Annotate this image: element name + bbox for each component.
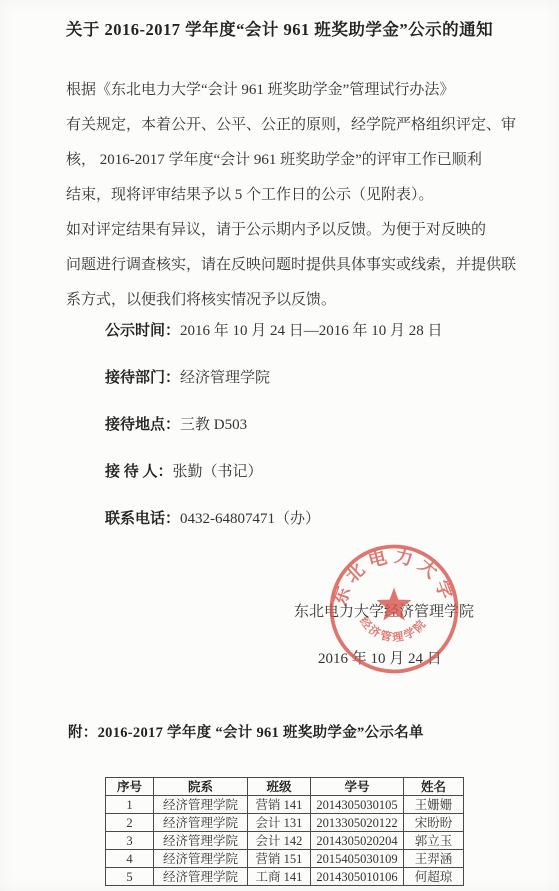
signature-date: 2016 年 10 月 24 日 [318,647,442,668]
cell-department: 经济管理学院 [154,850,248,868]
info-value: 张勤（书记） [173,464,263,480]
table-row: 4 经济管理学院 营销 151 2015405030109 王羿涵 [106,850,464,868]
paragraph-line: 根据《东北电力大学“会计 961 班奖助学金”管理试行办法》 [66,73,496,108]
cell-class: 会计 142 [248,832,311,850]
table-header-cell: 序号 [106,778,154,796]
info-label: 公示时间： [105,323,180,339]
info-line: 接待部门：经济管理学院 [105,355,443,402]
seal-ring-text: 东北电力大学 [328,545,459,608]
cell-seq: 2 [106,814,154,832]
cell-seq: 1 [106,796,154,814]
cell-class: 营销 141 [248,796,311,814]
cell-name: 王羿涵 [404,850,464,868]
table-header-cell: 学号 [311,778,404,796]
paragraph-line: 如对评定结果有异议，请于公示期内予以反馈。为便于对反映的 [66,213,496,248]
attachment-title: 附：2016-2017 学年度 “会计 961 班奖助学金”公示名单 [68,721,424,742]
info-label: 接待部门： [105,370,180,386]
info-line: 接 待 人：张勤（书记） [105,449,443,496]
info-line: 公示时间：2016 年 10 月 24 日—2016 年 10 月 28 日 [105,308,443,355]
cell-name: 王姗姗 [404,796,464,814]
cell-department: 经济管理学院 [154,796,248,814]
paragraph-line: 问题进行调查核实，请在反映问题时提供具体事实或线索，并提供联 [66,248,496,283]
table-body: 1 经济管理学院 营销 141 2014305030105 王姗姗 2 经济管理… [106,796,464,886]
info-line: 联系电话：0432-64807471（办） [105,496,443,543]
roster-table: 序号院系班级学号姓名 1 经济管理学院 营销 141 2014305030105… [105,777,464,886]
cell-name: 何超琼 [404,868,464,886]
cell-department: 经济管理学院 [154,832,248,850]
table-row: 3 经济管理学院 会计 142 2014305020204 郭立玉 [106,832,464,850]
body-text: 根据《东北电力大学“会计 961 班奖助学金”管理试行办法》有关规定，本着公开、… [66,73,496,318]
cell-seq: 3 [106,832,154,850]
info-value: 0432-64807471（办） [180,511,320,527]
info-value: 三教 D503 [180,417,247,433]
cell-department: 经济管理学院 [154,814,248,832]
table-header-cell: 院系 [154,778,248,796]
paragraph-line: 结束，现将评审结果予以 5 个工作日的公示（见附表）。 [66,178,496,213]
page-title: 关于 2016-2017 学年度“会计 961 班奖助学金”公示的通知 [0,16,559,40]
cell-class: 工商 141 [248,868,311,886]
table-header-row: 序号院系班级学号姓名 [106,778,464,796]
cell-class: 营销 151 [248,850,311,868]
contact-info-list: 公示时间：2016 年 10 月 24 日—2016 年 10 月 28 日 接… [105,308,443,543]
table-row: 5 经济管理学院 工商 141 2014305010106 何超琼 [106,868,464,886]
cell-department: 经济管理学院 [154,868,248,886]
cell-student-id: 2014305010106 [311,868,404,886]
paragraph-line: 有关规定，本着公开、公平、公正的原则，经学院严格组织评定、审 [66,108,496,143]
cell-name: 宋盼盼 [404,814,464,832]
paragraph-2: 如对评定结果有异议，请于公示期内予以反馈。为便于对反映的问题进行调查核实，请在反… [66,213,496,318]
table-header-cell: 姓名 [404,778,464,796]
info-line: 接待地点：三教 D503 [105,402,443,449]
info-label: 接 待 人： [105,464,173,480]
document-page: 关于 2016-2017 学年度“会计 961 班奖助学金”公示的通知 根据《东… [0,0,559,891]
info-label: 接待地点： [105,417,180,433]
cell-seq: 5 [106,868,154,886]
cell-student-id: 2015405030109 [311,850,404,868]
info-value: 经济管理学院 [180,370,270,386]
info-label: 联系电话： [105,511,180,527]
info-value: 2016 年 10 月 24 日—2016 年 10 月 28 日 [180,323,443,339]
cell-name: 郭立玉 [404,832,464,850]
cell-class: 会计 131 [248,814,311,832]
paragraph-line: 核， 2016-2017 学年度“会计 961 班奖助学金”的评审工作已顺利 [66,143,496,178]
paragraph-1: 根据《东北电力大学“会计 961 班奖助学金”管理试行办法》有关规定，本着公开、… [66,73,496,213]
table-row: 2 经济管理学院 会计 131 2013305020122 宋盼盼 [106,814,464,832]
table-header-cell: 班级 [248,778,311,796]
table-row: 1 经济管理学院 营销 141 2014305030105 王姗姗 [106,796,464,814]
cell-seq: 4 [106,850,154,868]
cell-student-id: 2013305020122 [311,814,404,832]
cell-student-id: 2014305030105 [311,796,404,814]
cell-student-id: 2014305020204 [311,832,404,850]
signature-org: 东北电力大学经济管理学院 [294,600,474,621]
